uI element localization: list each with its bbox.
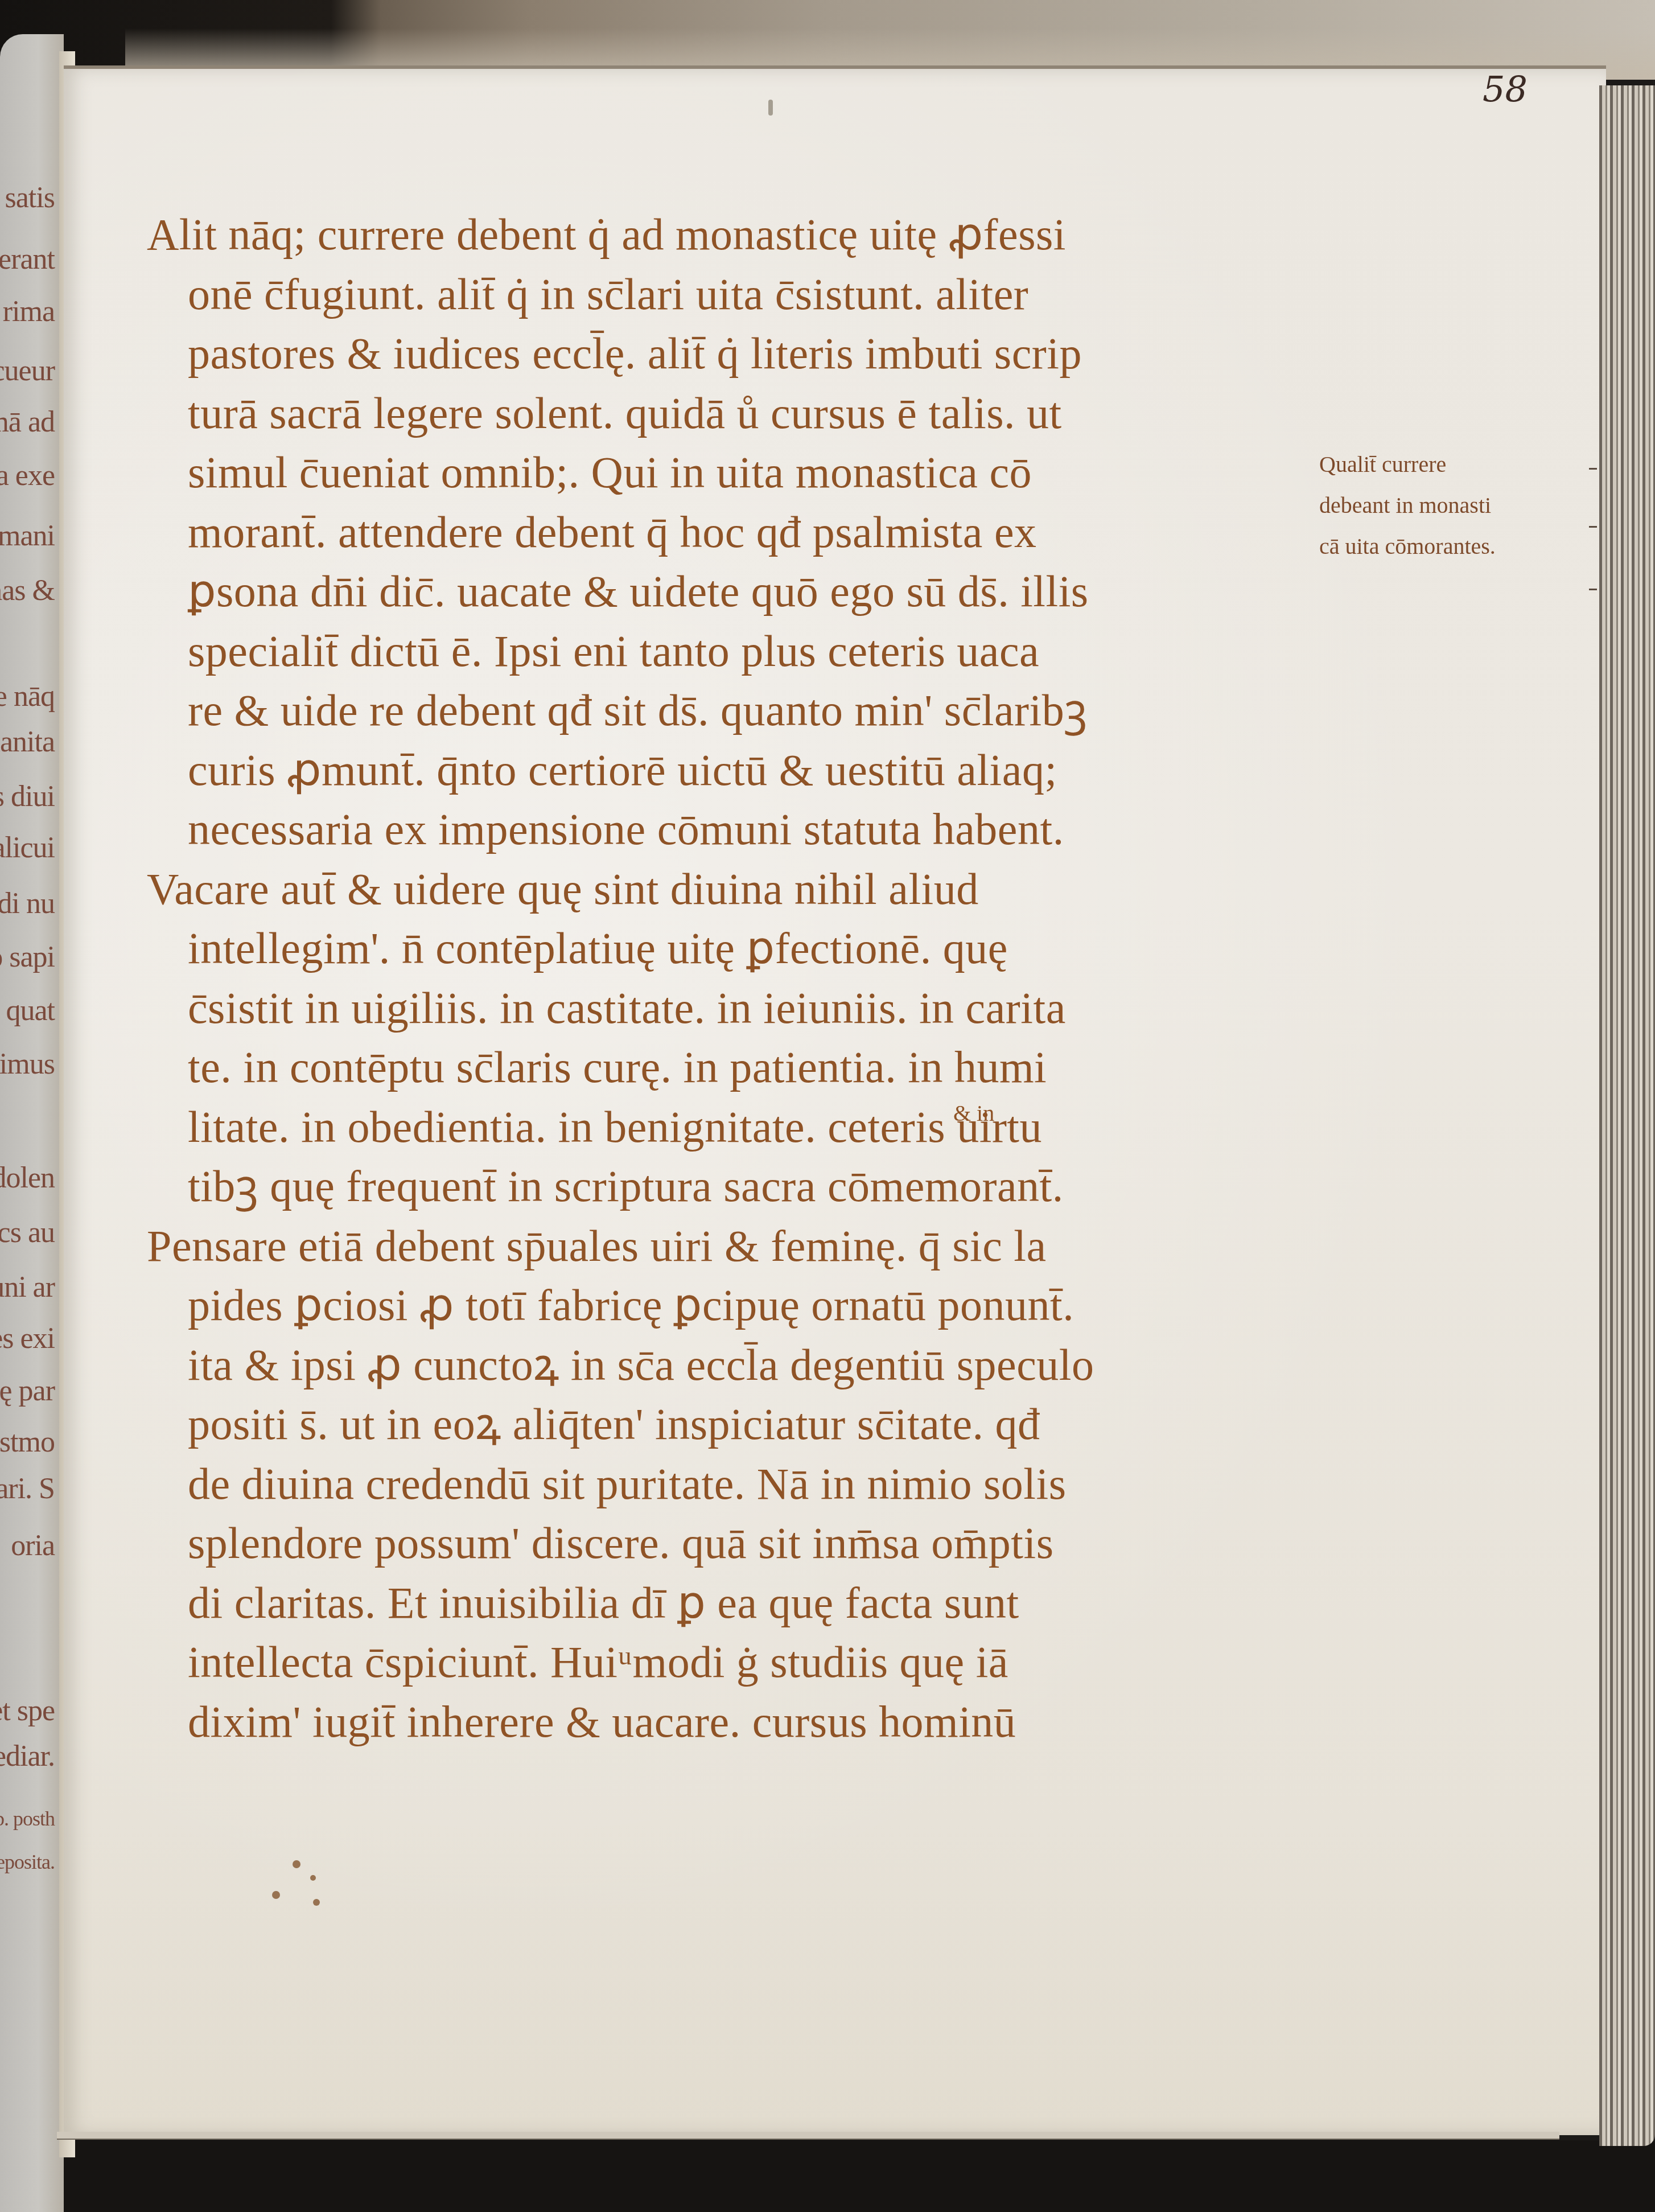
facing-fragment: mā ad <box>0 405 55 439</box>
text-line: Alit nāq; currere debent q̇ ad monasticę… <box>147 205 1331 265</box>
margin-tick <box>1589 468 1597 470</box>
text-line: re & uide re debent qđ sit ds̄. quanto m… <box>147 681 1331 741</box>
facing-fragment: res exi <box>0 1322 55 1355</box>
text-line: turā sacrā legere solent. quidā ů cursus… <box>147 384 1331 443</box>
facing-fragment: satis <box>5 181 55 215</box>
facing-fragment: alicui <box>0 831 55 865</box>
text-line: positi s̄. ut in eoꝝ aliq̄ten' inspiciat… <box>147 1395 1331 1454</box>
facing-fragment: rima <box>3 295 55 328</box>
facing-fragment: lia exe <box>0 459 55 492</box>
text-line: curis ꝓmunt̄. q̄nto certiorē uictū & ues… <box>147 741 1331 800</box>
facing-fragment: oria <box>11 1529 55 1563</box>
facing-fragment: net spe <box>0 1694 55 1728</box>
facing-fragment: uni ar <box>0 1271 55 1304</box>
text-line: simul c̄ueniat omnib;. Qui in uita monas… <box>147 443 1331 503</box>
text-line: litate. in obedientia. in benignitate. c… <box>147 1097 1331 1157</box>
interlinear-gloss: & in <box>953 1100 994 1126</box>
text-line: tibꝫ quę frequent̄ in scriptura sacra cō… <box>147 1157 1331 1216</box>
facing-fragment: reposita. <box>0 1850 55 1874</box>
facing-fragment: mib. posth <box>0 1807 55 1831</box>
facing-fragment: re nāq <box>0 680 55 713</box>
text-line: ita & ipsi ꝓ cunctoꝝ in sc̄a eccl̄a dege… <box>147 1335 1331 1395</box>
folio-bottom-edge <box>57 2132 1559 2140</box>
facing-fragment: erant <box>0 242 55 276</box>
facing-fragment: postmo <box>0 1425 55 1459</box>
main-text-column: Alit nāq; currere debent q̇ ad monasticę… <box>147 205 1331 1751</box>
text-line: te. in contēptu sc̄laris curę. in patien… <box>147 1038 1331 1097</box>
text-line: specialit̄ dictū ē. Ipsi eni tanto plus … <box>147 622 1331 681</box>
marginal-rubric: Qualit̄ currere debeant in monasti cā ui… <box>1319 444 1615 567</box>
margin-tick <box>1589 526 1597 528</box>
facing-fragment: nas & <box>0 574 55 607</box>
facing-fragment: dimus <box>0 1047 55 1081</box>
text-line: pastores & iudices eccl̄ę. alit̄ q̇ lite… <box>147 324 1331 384</box>
text-line: morant̄. attendere debent q̄ hoc qđ psal… <box>147 503 1331 562</box>
text-line: splendore possum' discere. quā sit inm̄s… <box>147 1514 1331 1573</box>
ink-stain <box>313 1899 320 1906</box>
text-line: Vacare aut̄ & uidere quę sint diuina nih… <box>147 860 1331 919</box>
ink-stain <box>310 1875 316 1881</box>
facing-page-edge: satis erant rima cueur mā ad lia exe uma… <box>0 34 64 2212</box>
marginal-line: cā uita cōmorantes. <box>1319 526 1615 567</box>
ink-stain <box>293 1860 300 1868</box>
text-line: ꝑsona dn̄i dic̄. uacate & uidete quō ego… <box>147 562 1331 622</box>
page-edges-stack <box>1599 85 1655 2146</box>
facing-fragment: do sapi <box>0 940 55 974</box>
ink-stain <box>768 100 773 116</box>
facing-fragment: s diui <box>0 780 55 813</box>
text-line: onē c̄fugiunt. alit̄ q̇ in sc̄lari uita … <box>147 265 1331 324</box>
text-line: Pensare etiā debent sp̄uales uiri & femi… <box>147 1216 1331 1276</box>
marginal-line: debeant in monasti <box>1319 485 1615 526</box>
margin-tick <box>1589 589 1597 590</box>
facing-fragment: tę par <box>0 1374 55 1408</box>
facing-fragment: quat <box>6 994 55 1027</box>
text-line: de diuina credendū sit puritate. Nā in n… <box>147 1454 1331 1514</box>
text-line: pides ꝑciosi ꝓ totī fabricę ꝑcipuę ornat… <box>147 1276 1331 1335</box>
background-bottom <box>0 2140 1655 2212</box>
facing-fragment: rdi nu <box>0 887 55 920</box>
facing-fragment: uanita <box>0 725 55 759</box>
text-line: intellegim'. n̄ contēplatiuę uitę ꝑfecti… <box>147 919 1331 978</box>
facing-fragment: umani <box>0 519 55 553</box>
text-line: c̄sistit in uigiliis. in castitate. in i… <box>147 978 1331 1038</box>
facing-fragment: ediar. <box>0 1740 55 1773</box>
text-line: dixim' iugit̄ inherere & uacare. cursus … <box>147 1692 1331 1752</box>
ink-stain <box>272 1891 280 1899</box>
folio-number: 58 <box>1483 68 1528 110</box>
facing-fragment: dolen <box>0 1161 55 1195</box>
marginal-line: Qualit̄ currere <box>1319 444 1615 485</box>
text-line: necessaria ex impensione cōmuni statuta … <box>147 800 1331 860</box>
facing-fragment: cueur <box>0 354 55 388</box>
facing-fragment: ari. S <box>0 1472 55 1506</box>
facing-fragment: rcs au <box>0 1216 55 1249</box>
text-line: di claritas. Et inuisibilia dī ꝑ ea quę … <box>147 1573 1331 1633</box>
text-line: intellecta c̄spiciunt̄. Huiᵘmodi ġ studi… <box>147 1633 1331 1692</box>
